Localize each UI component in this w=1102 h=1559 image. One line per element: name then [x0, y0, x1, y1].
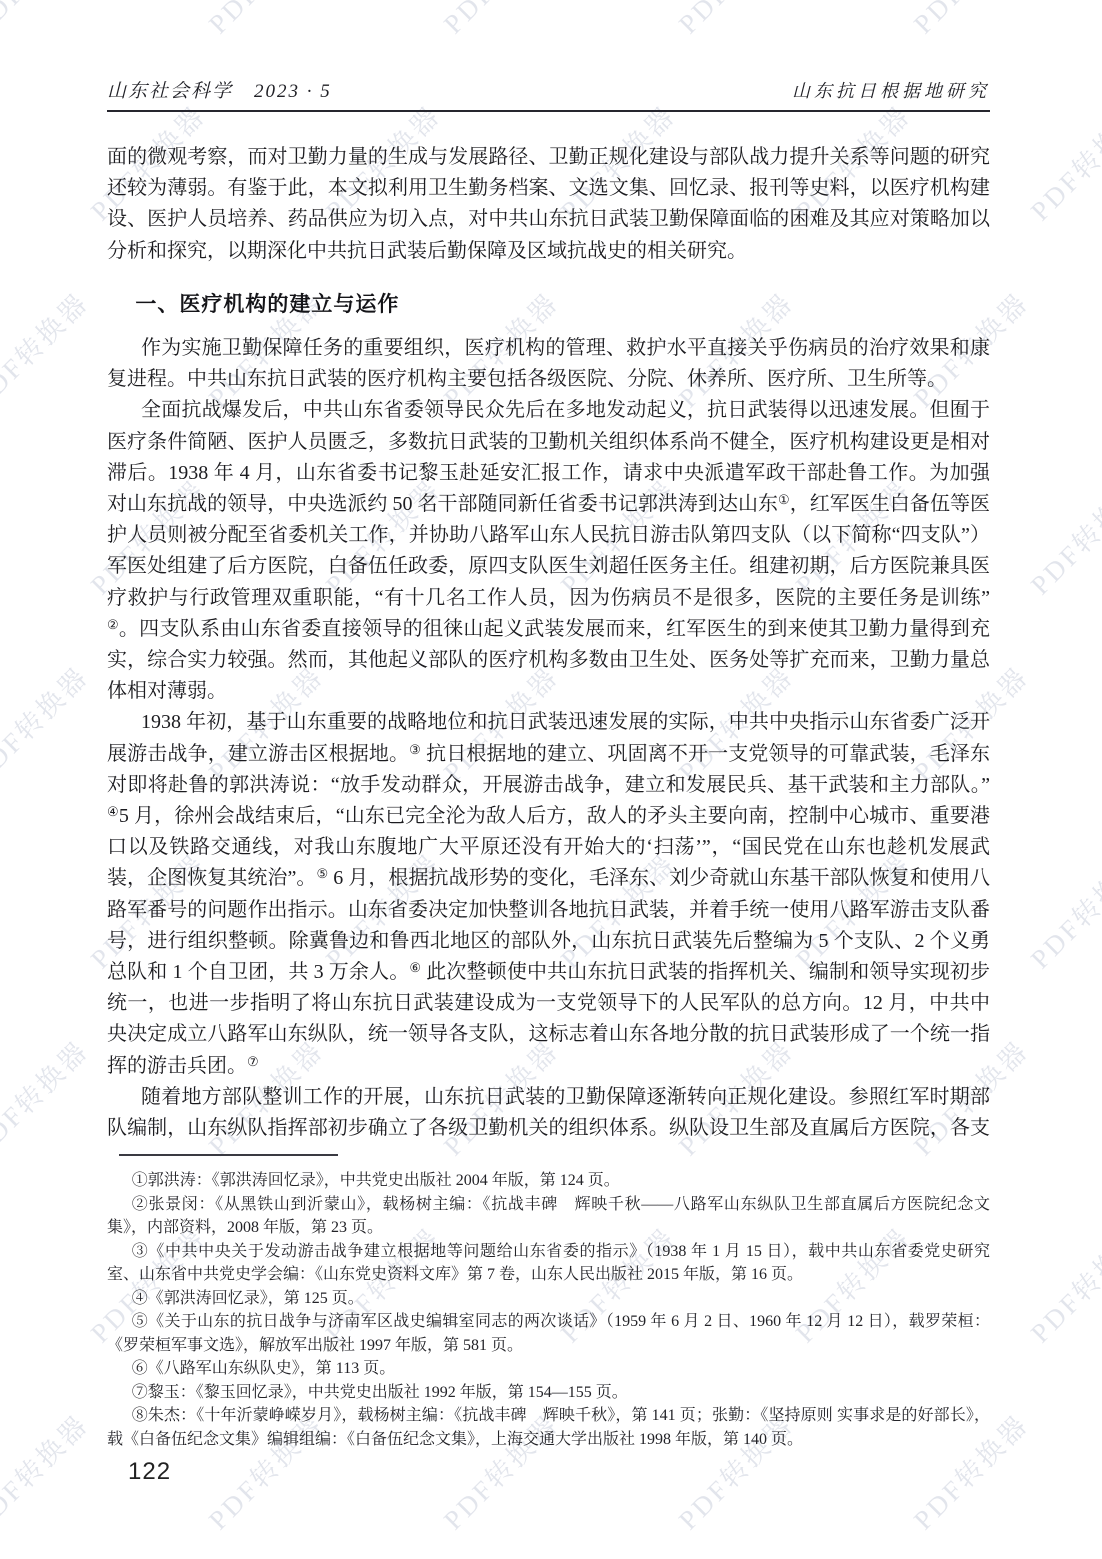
footnote-marker: ⑥	[409, 960, 421, 975]
page-content: 山东社会科学 2023 · 5 山东抗日根据地研究 面的微观考察，而对卫勤力量的…	[0, 0, 1102, 1559]
paragraph-list: 作为实施卫勤保障任务的重要组织，医疗机构的管理、救护水平直接关乎伤病员的治疗效果…	[107, 333, 990, 1146]
section-heading: 一、医疗机构的建立与运作	[107, 289, 990, 320]
footnote-item: ⑤《关于山东的抗日战争与济南军区战史编辑室同志的两次谈话》（1959 年 6 月…	[107, 1310, 990, 1357]
footnote-rule	[119, 1154, 338, 1156]
paragraph-continued: 面的微观考察，而对卫勤力量的生成与发展路径、卫勤正规化建设与部队战力提升关系等问…	[107, 142, 990, 267]
article-body: 面的微观考察，而对卫勤力量的生成与发展路径、卫勤正规化建设与部队战力提升关系等问…	[107, 142, 990, 1146]
paragraph: 全面抗战爆发后，中共山东省委领导民众先后在多地发动起义，抗日武装得以迅速发展。但…	[107, 395, 990, 707]
footnote-marker: ⑦	[247, 1054, 259, 1069]
footnote-marker: ③	[409, 742, 421, 757]
paragraph: 作为实施卫勤保障任务的重要组织，医疗机构的管理、救护水平直接关乎伤病员的治疗效果…	[107, 333, 990, 395]
page-number: 122	[128, 1458, 990, 1486]
footnote-marker: ①	[778, 492, 790, 507]
footnote-marker: ⑤	[316, 866, 328, 881]
header-rule	[107, 110, 990, 112]
paragraph: 1938 年初，基于山东重要的战略地位和抗日武装迅速发展的实际，中共中央指示山东…	[107, 707, 990, 1081]
footnote-item: ⑦黎玉：《黎玉回忆录》，中共党史出版社 1992 年版，第 154—155 页。	[107, 1381, 990, 1405]
paragraph: 随着地方部队整训工作的开展，山东抗日武装的卫勤保障逐渐转向正规化建设。参照红军时…	[107, 1082, 990, 1146]
journal-page: PDF转换器PDF转换器PDF转换器PDF转换器PDF转换器PDF转换器PDF转…	[0, 0, 1102, 1559]
footnote-marker: ④	[107, 804, 119, 819]
footnote-item: ④《郭洪涛回忆录》，第 125 页。	[107, 1287, 990, 1311]
footnote-item: ②张景闵：《从黑铁山到沂蒙山》，载杨树主编：《抗战丰碑 辉映千秋——八路军山东纵…	[107, 1193, 990, 1240]
footnote-item: ⑧朱杰：《十年沂蒙峥嵘岁月》，载杨树主编：《抗战丰碑 辉映千秋》，第 141 页…	[107, 1404, 990, 1451]
journal-title-and-issue: 山东社会科学 2023 · 5	[107, 76, 332, 103]
footnote-item: ①郭洪涛：《郭洪涛回忆录》，中共党史出版社 2004 年版，第 124 页。	[107, 1169, 990, 1193]
column-title: 山东抗日根据地研究	[792, 77, 990, 103]
footnote-marker: ②	[107, 617, 119, 632]
footnote-item: ③《中共中央关于发动游击战争建立根据地等问题给山东省委的指示》（1938 年 1…	[107, 1240, 990, 1287]
running-head: 山东社会科学 2023 · 5 山东抗日根据地研究	[107, 76, 990, 103]
footnote-list: ①郭洪涛：《郭洪涛回忆录》，中共党史出版社 2004 年版，第 124 页。②张…	[107, 1169, 990, 1451]
footnote-item: ⑥《八路军山东纵队史》，第 113 页。	[107, 1357, 990, 1381]
